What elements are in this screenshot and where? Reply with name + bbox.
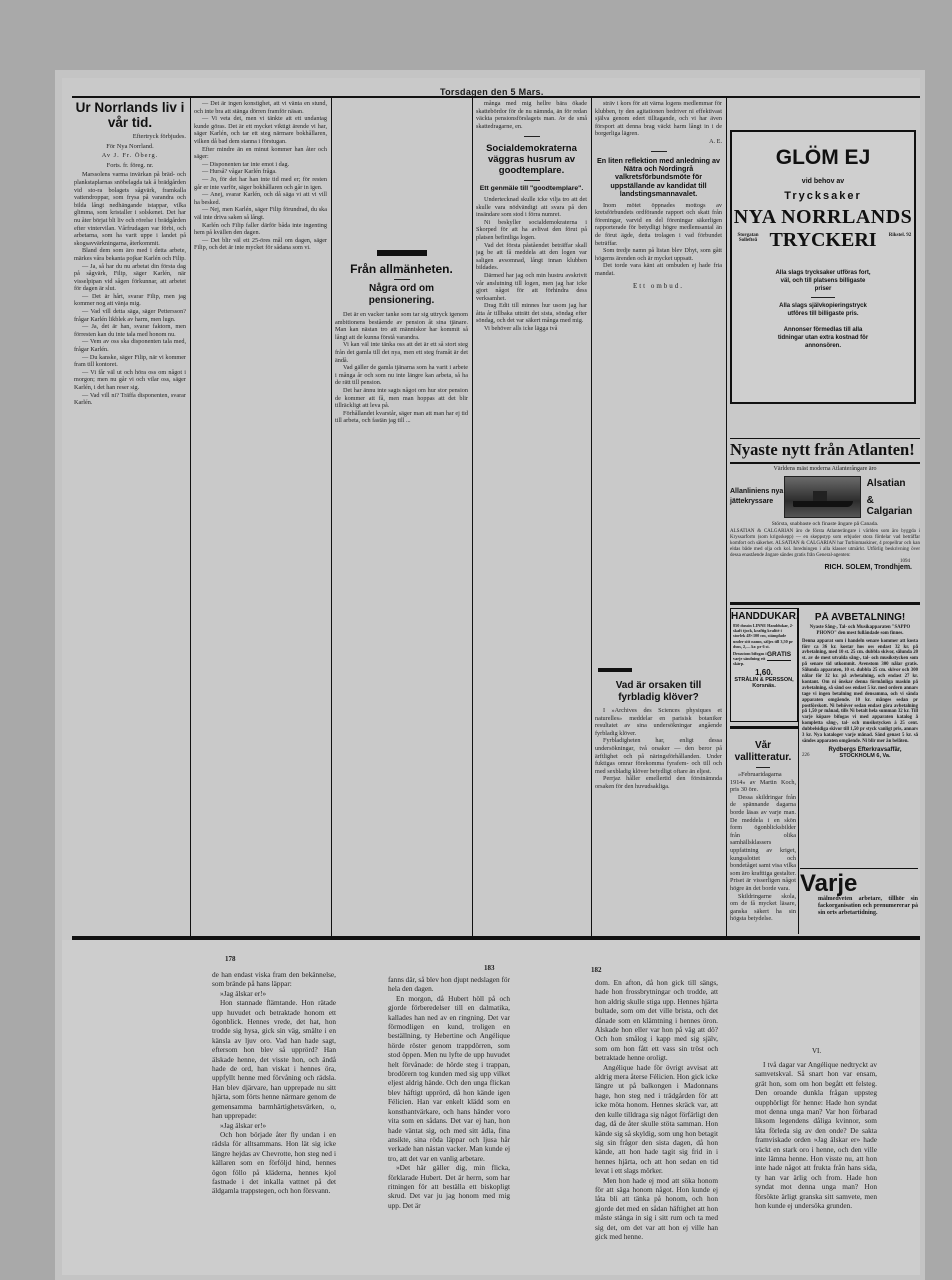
paragraph: Men hon hade ej mod att söka honom för a… bbox=[595, 1176, 718, 1242]
ad-allan-line: Nyaste nytt från Atlanten! Världens mäst… bbox=[730, 440, 920, 595]
ad-agent: RICH. SOLEM, Trondhjem. bbox=[730, 564, 912, 571]
column-divider bbox=[726, 98, 727, 936]
ad-body: Denna apparat som i handeln senare komme… bbox=[802, 639, 918, 745]
paragraph: Angélique hade för övrigt avvisat att al… bbox=[595, 1063, 718, 1176]
paragraph: — Det blir väl ett 25-öres mål om dagen,… bbox=[194, 237, 327, 252]
publication-credit: För Nya Norrland. bbox=[74, 143, 186, 151]
paragraph: — Anej, svarar Karlén, och då säga vi at… bbox=[194, 191, 327, 206]
dash-rule bbox=[524, 136, 540, 137]
ad-number: 226 bbox=[802, 753, 810, 758]
ad-body: ALSATIAN & CALGARIAN äro de första Atlan… bbox=[730, 529, 920, 559]
author-byline: Av J. Fr. Öberg. bbox=[74, 152, 186, 160]
top-rule bbox=[72, 96, 920, 98]
page-number: 178 bbox=[225, 955, 236, 963]
ad-handdukar: HANDDUKAR. 850 dussin LINNE Handdukar, 2… bbox=[730, 608, 798, 722]
ad-line: Trycksaker bbox=[732, 190, 914, 202]
paragraph: Efter mindre än en minut kommer han åter… bbox=[194, 146, 327, 161]
paragraph: — Det är hårt, svarar Filip, men jag kom… bbox=[74, 293, 186, 308]
ad-rule bbox=[730, 726, 798, 729]
article-heading: Socialdemokraterna väggras husrum av goo… bbox=[476, 143, 587, 176]
section-heading: Från allmänheten. bbox=[335, 262, 468, 276]
paragraph: Vi behöver alls icke lägga två bbox=[476, 325, 587, 333]
paragraph: En morgon, då Hubert höll på och gjorde … bbox=[388, 994, 510, 1163]
article-fran-allmanheten: Från allmänheten. Några ord om pensioner… bbox=[335, 100, 468, 932]
gratis-label: GRATIS bbox=[767, 651, 791, 661]
steamship-image bbox=[784, 476, 861, 518]
paragraph: — Vad vill detta säga, säger Pettersson?… bbox=[74, 308, 186, 323]
section-separator bbox=[377, 250, 427, 256]
ad-address: Storgatan Sollefteå bbox=[734, 233, 762, 243]
ad-price: 1,60. bbox=[731, 668, 797, 677]
book-page-183: fanns där, så blev hon djupt nedslagen f… bbox=[388, 975, 510, 1270]
paragraph: »Det här gäller dig, min flicka, förklar… bbox=[388, 1163, 510, 1210]
chapter-number: VI. bbox=[812, 1047, 821, 1055]
paragraph: de han endast viska fram den bekännelse,… bbox=[212, 970, 336, 989]
article-socialdemokraterna: många med mig hellre bära ökade skattebö… bbox=[476, 100, 587, 932]
paragraph: — Vi får väl ut och höra oss om något i … bbox=[74, 369, 186, 392]
ad-rule bbox=[730, 462, 920, 464]
paragraph: — Hurså? vågar Karlén fråga. bbox=[194, 168, 327, 176]
ad-sappo-phono: PÅ AVBETALNING! Nyaste Sång-, Tal- och M… bbox=[802, 612, 918, 874]
paragraph: Dessa skildringar från de spännande daga… bbox=[730, 794, 796, 893]
paragraph: Som tredje namn på listan blev Dhyt, som… bbox=[595, 247, 722, 262]
column-divider bbox=[798, 608, 799, 934]
article-heading: En liten reflektion med anledning av Nät… bbox=[595, 157, 722, 199]
ad-lead: Nyaste Sång-, Tal- och Musikapparaten "S… bbox=[802, 625, 918, 637]
paragraph: Skildringarne skola, om de få mycket läs… bbox=[730, 893, 796, 923]
paragraph: Marssolens varma invärkan på bräd- och p… bbox=[74, 171, 186, 247]
paragraph: I »Archives des Sciences physiques et na… bbox=[595, 707, 722, 737]
book-page-182: dom. En afton, då hon gick till sängs, h… bbox=[595, 978, 718, 1270]
paragraph: Ni beskyller socialdemokraterna i Skorpe… bbox=[476, 219, 587, 242]
paragraph: Det har ännu inte sagts något om hur sto… bbox=[335, 387, 468, 410]
ad-text: Annonser förmedlas till alla tidningar u… bbox=[774, 326, 872, 350]
ad-subline: Världens mäst moderna Atlanterångare äro bbox=[730, 466, 920, 472]
article-norrland: Ur Norrlands liv i vår tid. Eftertryck f… bbox=[74, 100, 186, 932]
ad-body: 850 dussin LINNE Handdukar, 2-skaft tjoc… bbox=[731, 622, 797, 650]
ad-rule bbox=[800, 868, 918, 869]
dash-rule bbox=[756, 767, 770, 768]
paragraph: — Vad vill ni? Träffa disponenten, svara… bbox=[74, 392, 186, 407]
article-heading: Vår vallitteratur. bbox=[730, 740, 796, 764]
paragraph: — Nej, men Karlén, säger Filip förundrad… bbox=[194, 206, 327, 221]
paragraph: Det torde vara känt att ombuden ej hade … bbox=[595, 262, 722, 277]
column-divider bbox=[331, 98, 332, 936]
page-number: 183 bbox=[484, 964, 495, 972]
paragraph: Och hon började åter fly undan i en räds… bbox=[212, 1130, 336, 1196]
paragraph: »Jag älskar er!» bbox=[212, 989, 336, 998]
article-norrland-continued: — Det är ingen konstighet, att vi vänta … bbox=[194, 100, 327, 932]
continuation-note: Forts. fr. föreg. nr. bbox=[74, 162, 186, 170]
paragraph: I två dagar var Angélique nedtryckt av s… bbox=[755, 1060, 877, 1211]
column-divider bbox=[190, 98, 191, 936]
ship-name: & Calgarian bbox=[867, 495, 920, 517]
signature: A. E. bbox=[595, 138, 722, 146]
ad-text: Alla slags trycksaker utföras fort, väl,… bbox=[774, 269, 872, 293]
paragraph: Därmed har jag och min hustru avskrivit … bbox=[476, 272, 587, 302]
paragraph: — Ja, så har du nu arbetat din första da… bbox=[74, 263, 186, 293]
article-subheading: Ett genmäle till "goodtemplare". bbox=[476, 185, 587, 193]
ad-caption: Största, snabbaste och finaste ångare på… bbox=[730, 521, 920, 527]
company-name: NYA NORRLANDS bbox=[732, 206, 914, 229]
ship-name: Alsatian bbox=[867, 478, 920, 489]
article-subheading: Några ord om pensionering. bbox=[335, 283, 468, 307]
article-var-vallitteratur: Vår vallitteratur. »Februaridagarna 1914… bbox=[730, 740, 796, 932]
paragraph: sträv i kors för att värna logens medlem… bbox=[595, 100, 722, 138]
paragraph: många med mig hellre bära ökade skattebö… bbox=[476, 100, 587, 130]
ad-line: vid behov av bbox=[732, 178, 914, 185]
paragraph: Vad det första påståendet beträffar skal… bbox=[476, 242, 587, 272]
closing-signature: Ett ombud. bbox=[595, 283, 722, 291]
dash-rule bbox=[524, 180, 540, 181]
ad-varje: Varje målmedveten arbetare, tillhör sin … bbox=[800, 872, 918, 934]
dash-rule bbox=[394, 279, 410, 280]
paragraph: Förhållandet kvarstår, säger man att man… bbox=[335, 410, 468, 425]
column-divider bbox=[591, 98, 592, 936]
ad-company: STRÅLIN & PERSSON, Korsnäs. bbox=[731, 677, 797, 689]
paragraph: — Vi veta det, men vi tänkte att ett und… bbox=[194, 115, 327, 145]
ad-title: Varje bbox=[800, 872, 918, 896]
ad-phone: Rikstel. 92 bbox=[888, 233, 912, 238]
column-divider bbox=[472, 98, 473, 936]
ad-title: HANDDUKAR. bbox=[731, 611, 797, 622]
paragraph: Hon stannade flämtande. Hon rätade upp h… bbox=[212, 998, 336, 1120]
paragraph: — Ja, det är han, svarar faktorn, men fö… bbox=[74, 323, 186, 338]
paragraph: Inom mötet öppnades mottogs av kretsförb… bbox=[595, 202, 722, 248]
paragraph: Vi kan väl inte tänka oss att det är ett… bbox=[335, 341, 468, 364]
ad-text: Alla slags självkopieringstryck utföres … bbox=[774, 302, 872, 318]
paragraph: Bland dem som äro med i detta arbete, mä… bbox=[74, 247, 186, 262]
paragraph: Karlén och Filip faller därför båda inte… bbox=[194, 222, 327, 237]
paragraph: »Jag älskar er!» bbox=[212, 1121, 336, 1130]
paragraph: Undertecknad skulle icke vilja tro att d… bbox=[476, 196, 587, 219]
ad-divider bbox=[811, 297, 835, 298]
book-page-chapter-vi: I två dagar var Angélique nedtryckt av s… bbox=[755, 1060, 877, 1270]
article-heading: Vad är orsaken till fyrbladig klöver? bbox=[595, 680, 722, 704]
paragraph: — Du kanske, säger Filip, när vi kommer … bbox=[74, 354, 186, 369]
ad-left-text: Allanliniens nya jättekryssare bbox=[730, 487, 784, 507]
ad-rule bbox=[730, 602, 920, 605]
paragraph: Drag Edit till minnes hur usom jag har å… bbox=[476, 302, 587, 325]
paragraph: — Jo, för det har han inte tid med er; f… bbox=[194, 176, 327, 191]
paragraph: — Vem av oss ska disponenten tala med, f… bbox=[74, 338, 186, 353]
paragraph: fanns där, så blev hon djupt nedslagen f… bbox=[388, 975, 510, 994]
ad-title: GLÖM EJ bbox=[732, 146, 914, 170]
paragraph: — Disponenten tar inte emot i dag. bbox=[194, 161, 327, 169]
paragraph: »Februaridagarna 1914» av Martin Koch, p… bbox=[730, 771, 796, 794]
article-reflektion: sträv i kors för att värna logens medlem… bbox=[595, 100, 722, 660]
ad-rule bbox=[730, 438, 920, 439]
article-title: Ur Norrlands liv i vår tid. bbox=[74, 100, 186, 130]
page-number: 182 bbox=[591, 966, 602, 974]
paragraph: Perrjaz håller emellertid den förstnämnd… bbox=[595, 775, 722, 790]
ad-city: STOCKHOLM 6, Va. bbox=[802, 753, 918, 759]
reprint-notice: Eftertryck förbjudes. bbox=[74, 133, 186, 141]
paragraph: Vad gäller de gamla tjänarna som ha vari… bbox=[335, 364, 468, 387]
ad-headline: Nyaste nytt från Atlanten! bbox=[730, 440, 920, 460]
dash-rule bbox=[651, 151, 667, 152]
paragraph: Fyrbladigheten har, enligt dessa undersö… bbox=[595, 737, 722, 775]
ad-title: PÅ AVBETALNING! bbox=[802, 612, 918, 623]
paragraph: — Det är ingen konstighet, att vi vänta … bbox=[194, 100, 327, 115]
ad-nya-norrlands-tryckeri: GLÖM EJ vid behov av Trycksaker NYA NORR… bbox=[730, 130, 916, 404]
paragraph: dom. En afton, då hon gick till sängs, h… bbox=[595, 978, 718, 1063]
paragraph: Det är en vacker tanke som tar sig uttry… bbox=[335, 311, 468, 341]
article-fyrbladig-klover: Vad är orsaken till fyrbladig klöver? I … bbox=[595, 680, 722, 932]
ad-offer: Dessutom bifogas i varje sändning ett sk… bbox=[733, 651, 767, 667]
ad-body: målmedveten arbetare, tillhör sin fackor… bbox=[818, 896, 918, 917]
book-page-178: de han endast viska fram den bekännelse,… bbox=[212, 970, 336, 1270]
section-separator bbox=[598, 668, 632, 672]
